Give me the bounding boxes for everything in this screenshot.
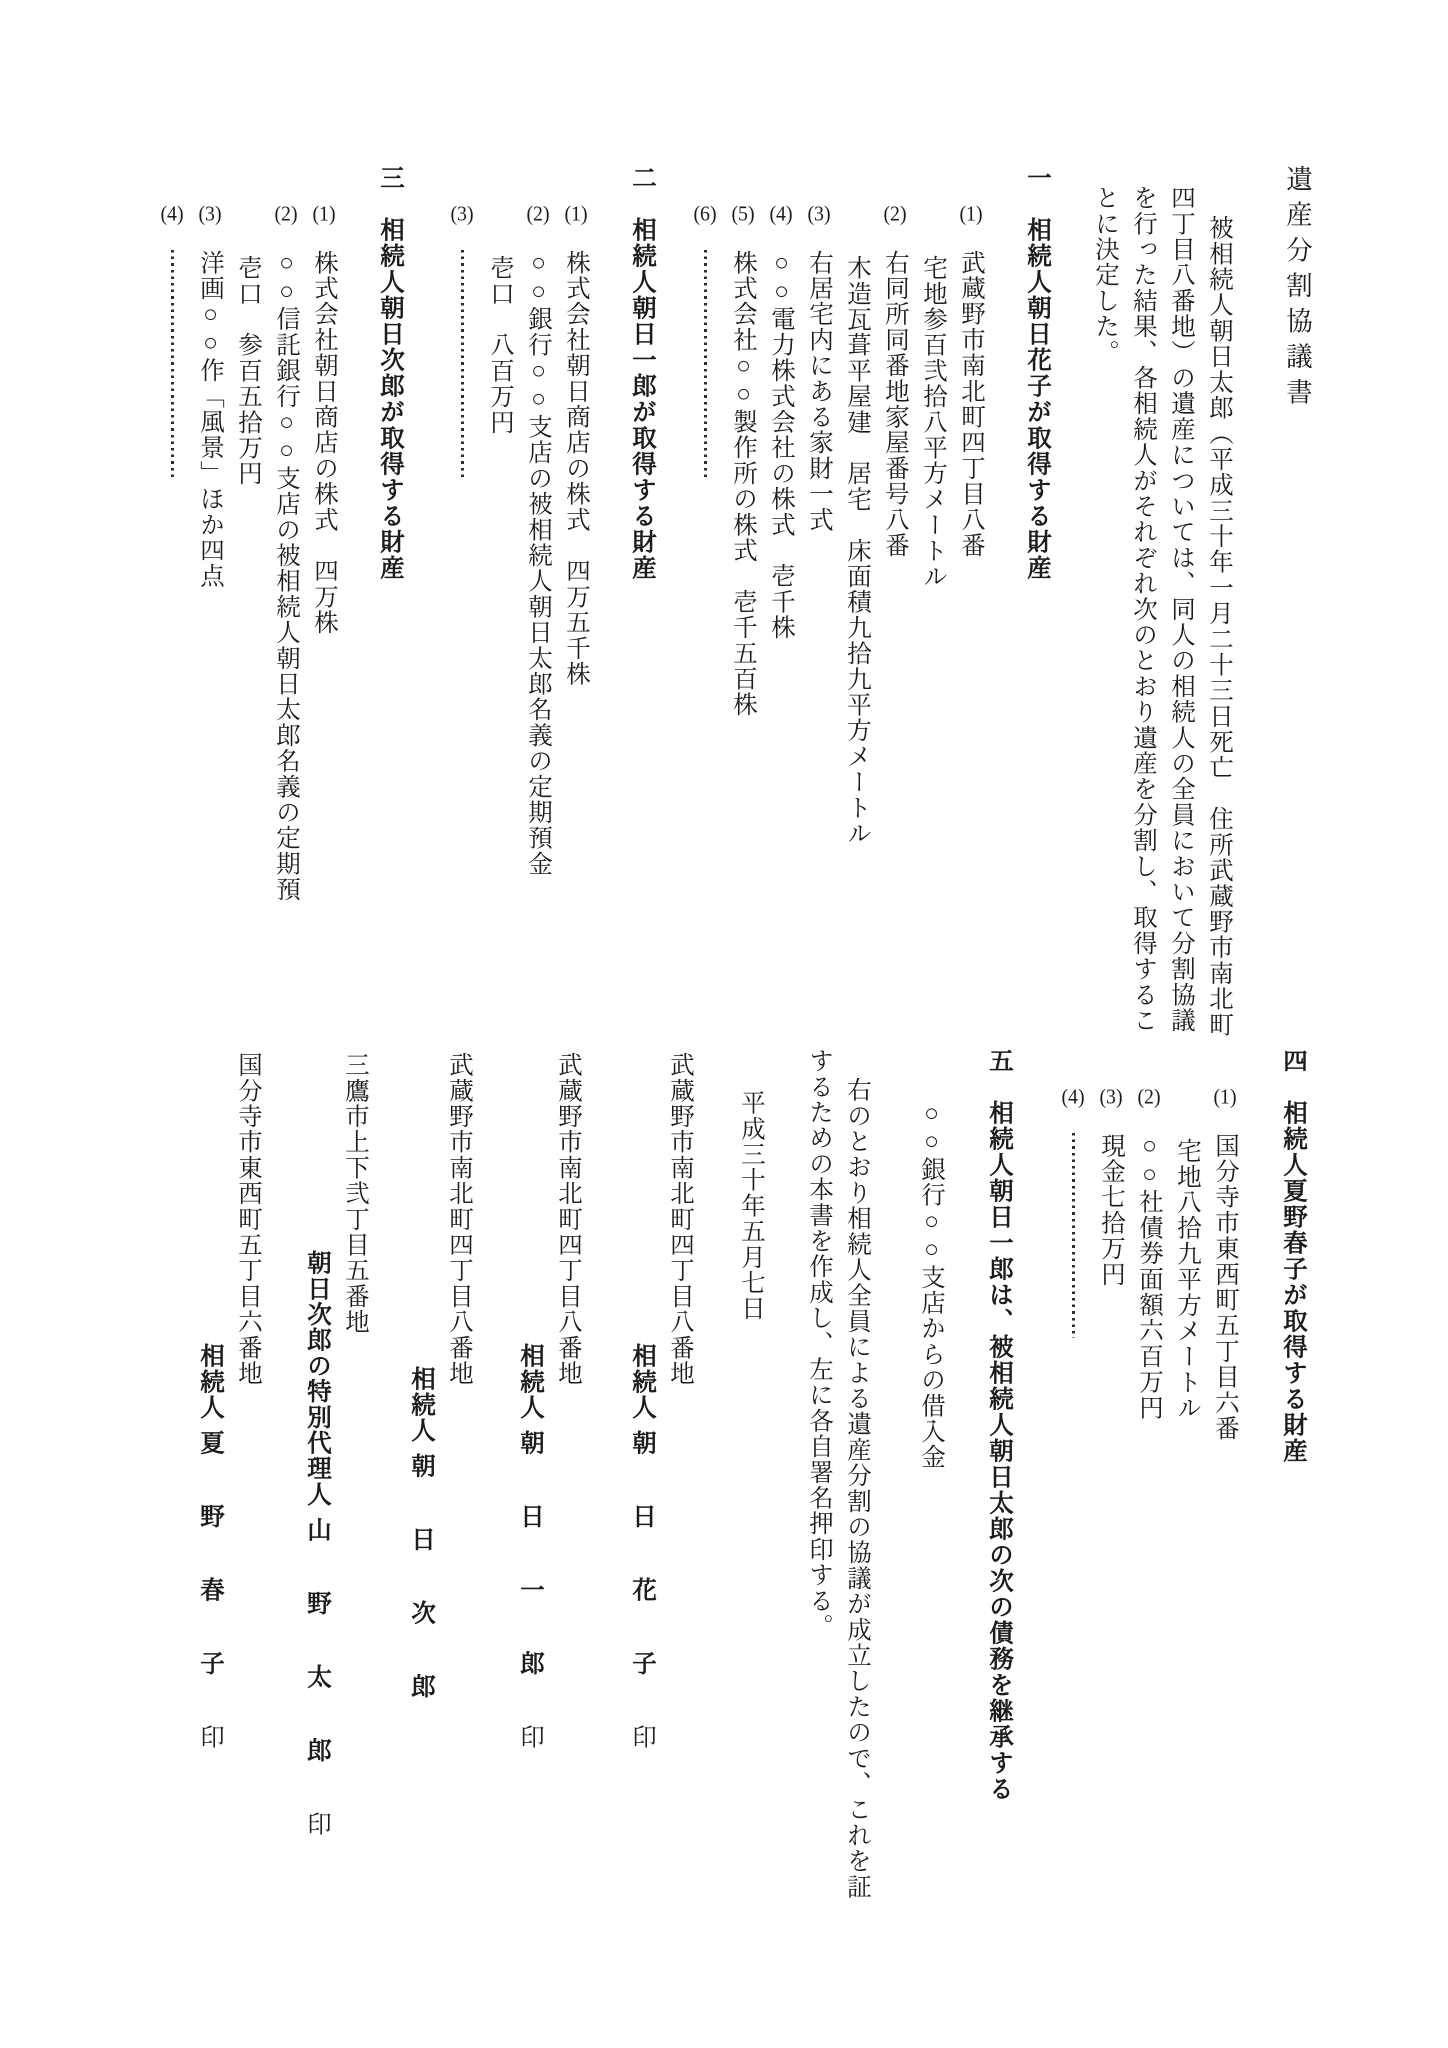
column-text: ○○電力株式会社の株式 壱千株 <box>768 250 795 641</box>
signer-role: 相続人 <box>197 1343 224 1420</box>
text-column: を行った結果、各相続人がそれぞれ次のとおり遺産を分割し、取得するこ <box>1124 165 1162 1023</box>
text-column: (3) 現金七拾万円 <box>1092 1048 1130 2046</box>
column-text: 木造瓦葺平屋建 居宅 床面積九拾九平方メートル <box>844 255 871 846</box>
dotted-leader <box>1072 1133 1075 1338</box>
column-text: 国分寺市東西町五丁目六番地 <box>235 1052 262 1386</box>
text-column: (5) 株式会社○○製作所の株式 壱千五百株 <box>724 165 762 1023</box>
section-heading: 五 相続人朝日一郎は、被相続人朝日太郎の次の債務を継承する <box>980 1048 1018 2046</box>
item-number: (2) <box>274 203 298 224</box>
text-column: 右のとおり相続人全員による遺産分割の協議が成立したので、これを証 <box>838 1048 876 2046</box>
signature-line: 相続人朝日次郎 <box>402 1048 440 2046</box>
column-text: 右のとおり相続人全員による遺産分割の協議が成立したので、これを証 <box>844 1077 871 1899</box>
text-column: (2) ○○社債券面額六百万円 <box>1130 1048 1168 2046</box>
text-column: 壱口 参百五拾万円 <box>229 165 267 1023</box>
text-column: (2) ○○銀行○○支店の被相続人朝日太郎名義の定期預金 <box>519 165 557 1023</box>
signer-name: 朝日一郎 <box>517 1430 544 1724</box>
column-text: ○○銀行○○支店の被相続人朝日太郎名義の定期預金 <box>525 250 552 877</box>
seal-mark: 印 <box>197 1724 224 1750</box>
text-column: (1) 武蔵野市南北町四丁目八番 <box>952 165 990 1023</box>
address-column: 武蔵野市南北町四丁目八番地 <box>661 1048 699 2046</box>
dotted-leader <box>171 250 174 480</box>
item-number: (2) <box>883 203 907 224</box>
column-text: 四 相続人夏野春子が取得する財産 <box>1280 1048 1307 1464</box>
column-text: 株式会社○○製作所の株式 壱千五百株 <box>730 250 757 718</box>
address-column: 三鷹市上下弐丁目五番地 <box>336 1048 374 2046</box>
text-column: するための本書を作成し、左に各自署名押印する。 <box>800 1048 838 2046</box>
item-number: (5) <box>731 203 755 224</box>
column-text: 武蔵野市南北町四丁目八番地 <box>555 1052 582 1386</box>
signer-name: 朝日次郎 <box>408 1453 435 1747</box>
text-column: (3) <box>443 165 481 1023</box>
signature-line: 相続人朝日花子印 <box>623 1048 661 2046</box>
section-heading: 四 相続人夏野春子が取得する財産 <box>1274 1048 1312 2046</box>
column-text: とに決定した。 <box>1092 185 1119 365</box>
column-text: 壱口 参百五拾万円 <box>235 255 262 486</box>
column-text: 平成三十年五月七日 <box>738 1090 765 1321</box>
text-column: (6) <box>686 165 724 1023</box>
text-column: (4) <box>1054 1048 1092 2046</box>
section-heading: 三 相続人朝日次郎が取得する財産 <box>371 165 409 1023</box>
text-column: (2) ○○信託銀行○○支店の被相続人朝日太郎名義の定期預 <box>267 165 305 1023</box>
document-title: 遺産分割協議書 <box>1278 165 1316 1023</box>
section-heading: 二 相続人朝日一郎が取得する財産 <box>623 165 661 1023</box>
seal-mark: 印 <box>517 1724 544 1750</box>
text-column: 壱口 八百万円 <box>481 165 519 1023</box>
column-text: 株式会社朝日商店の株式 四万株 <box>311 250 338 636</box>
upper-band: 遺産分割協議書被相続人朝日太郎（平成三十年一月二十三日死亡 住所武蔵野市南北町四… <box>153 165 1316 1023</box>
signer-role: 朝日次郎の特別代理人 <box>304 1250 331 1507</box>
column-text: 三鷹市上下弐丁目五番地 <box>342 1052 369 1335</box>
item-number: (1) <box>1213 1086 1237 1107</box>
text-column: 四丁目八番地）の遺産については、同人の相続人の全員において分割協議 <box>1162 165 1200 1023</box>
column-text: 宅地参百弐拾八平方メートル <box>920 255 947 589</box>
text-column: 木造瓦葺平屋建 居宅 床面積九拾九平方メートル <box>838 165 876 1023</box>
column-text: 二 相続人朝日一郎が取得する財産 <box>629 165 656 581</box>
text-column: (4) ○○電力株式会社の株式 壱千株 <box>762 165 800 1023</box>
text-column: 宅地参百弐拾八平方メートル <box>914 165 952 1023</box>
text-column: とに決定した。 <box>1086 165 1124 1023</box>
column-text: 一 相続人朝日花子が取得する財産 <box>1024 165 1051 581</box>
text-column: 宅地八拾九平方メートル <box>1168 1048 1206 2046</box>
signer-role: 相続人 <box>629 1343 656 1420</box>
item-number: (1) <box>564 203 588 224</box>
item-number: (3) <box>807 203 831 224</box>
text-column: (3) 洋画○○作「風景」ほか四点 <box>191 165 229 1023</box>
text-column: (1) 国分寺市東西町五丁目六番 <box>1206 1048 1244 2046</box>
item-number: (3) <box>198 203 222 224</box>
item-number: (4) <box>1061 1086 1085 1107</box>
item-number: (3) <box>450 203 474 224</box>
column-text: ○○社債券面額六百万円 <box>1136 1133 1163 1421</box>
column-text: を行った結果、各相続人がそれぞれ次のとおり遺産を分割し、取得するこ <box>1130 185 1157 1033</box>
item-number: (2) <box>526 203 550 224</box>
column-text: 武蔵野市南北町四丁目八番地 <box>667 1052 694 1386</box>
column-text: 宅地八拾九平方メートル <box>1174 1138 1201 1421</box>
signer-role: 相続人 <box>408 1366 435 1443</box>
item-number: (1) <box>959 203 983 224</box>
column-text: 四丁目八番地）の遺産については、同人の相続人の全員において分割協議 <box>1168 185 1195 1033</box>
column-text: 現金七拾万円 <box>1098 1133 1125 1287</box>
text-column: (3) 右居宅内にある家財一式 <box>800 165 838 1023</box>
item-number: (1) <box>312 203 336 224</box>
text-column: 被相続人朝日太郎（平成三十年一月二十三日死亡 住所武蔵野市南北町 <box>1200 165 1238 1023</box>
signature-line: 相続人夏野春子印 <box>191 1048 229 2046</box>
column-text: 遺産分割協議書 <box>1282 165 1312 414</box>
column-text: ○○信託銀行○○支店の被相続人朝日太郎名義の定期預 <box>273 250 300 903</box>
column-text: 右居宅内にある家財一式 <box>806 250 833 533</box>
item-number: (4) <box>160 203 184 224</box>
text-column: (4) <box>153 165 191 1023</box>
dotted-leader <box>461 250 464 480</box>
item-number: (2) <box>1137 1086 1161 1107</box>
seal-mark: 印 <box>304 1811 331 1837</box>
document-page: 遺産分割協議書被相続人朝日太郎（平成三十年一月二十三日死亡 住所武蔵野市南北町四… <box>0 0 1448 2048</box>
column-text: 武蔵野市南北町四丁目八番地 <box>446 1052 473 1386</box>
signer-role: 相続人 <box>517 1343 544 1420</box>
column-text: 三 相続人朝日次郎が取得する財産 <box>377 165 404 581</box>
column-text: 株式会社朝日商店の株式 四万五千株 <box>563 250 590 687</box>
seal-mark: 印 <box>629 1724 656 1750</box>
dotted-leader <box>704 250 707 480</box>
signer-name: 朝日花子 <box>629 1430 656 1724</box>
column-text: 国分寺市東西町五丁目六番 <box>1212 1133 1239 1441</box>
signer-name: 山野太郎 <box>304 1517 331 1811</box>
column-text: 五 相続人朝日一郎は、被相続人朝日太郎の次の債務を継承する <box>986 1048 1013 1802</box>
column-text: 壱口 八百万円 <box>487 255 514 435</box>
text-column: (1) 株式会社朝日商店の株式 四万五千株 <box>557 165 595 1023</box>
address-column: 武蔵野市南北町四丁目八番地 <box>440 1048 478 2046</box>
column-text: 洋画○○作「風景」ほか四点 <box>197 250 224 589</box>
item-number: (3) <box>1099 1086 1123 1107</box>
column-text: 武蔵野市南北町四丁目八番 <box>958 250 985 558</box>
date-column: 平成三十年五月七日 <box>732 1048 770 2046</box>
column-text: 被相続人朝日太郎（平成三十年一月二十三日死亡 住所武蔵野市南北町 <box>1206 215 1233 1037</box>
column-text: 右同所同番地家屋番号八番 <box>882 250 909 558</box>
address-column: 国分寺市東西町五丁目六番地 <box>229 1048 267 2046</box>
item-number: (6) <box>693 203 717 224</box>
address-column: 武蔵野市南北町四丁目八番地 <box>549 1048 587 2046</box>
lower-band: 四 相続人夏野春子が取得する財産(1) 国分寺市東西町五丁目六番宅地八拾九平方メ… <box>191 1048 1312 2046</box>
signature-line: 相続人朝日一郎印 <box>511 1048 549 2046</box>
signature-line: 朝日次郎の特別代理人山野太郎印 <box>298 1048 336 2046</box>
text-column: (1) 株式会社朝日商店の株式 四万株 <box>305 165 343 1023</box>
text-column: (2) 右同所同番地家屋番号八番 <box>876 165 914 1023</box>
signer-name: 夏野春子 <box>197 1430 224 1724</box>
item-number: (4) <box>769 203 793 224</box>
text-column: ○○銀行○○支店からの借入金 <box>912 1048 950 2046</box>
column-text: ○○銀行○○支店からの借入金 <box>918 1100 945 1470</box>
section-heading: 一 相続人朝日花子が取得する財産 <box>1018 165 1056 1023</box>
column-text: するための本書を作成し、左に各自署名押印する。 <box>806 1048 833 1639</box>
